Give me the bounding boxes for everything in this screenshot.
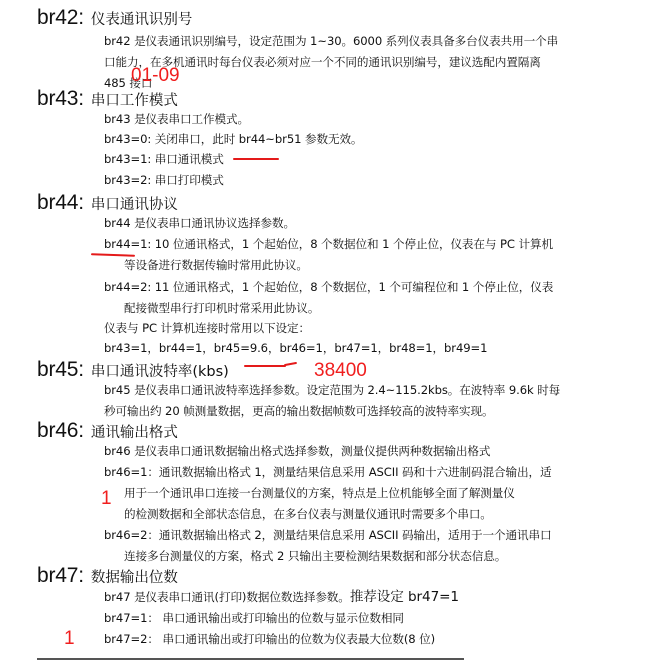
paragraph-line: br42 是仪表通讯识别编号，设定范围为 1~30。6000 系列仪表具备多台仪… — [104, 34, 558, 48]
section-heading-br47: br47: 数据输出位数 — [37, 565, 178, 589]
paragraph-line: br43=1: 串口通讯模式 — [104, 152, 224, 166]
param-code: br44: — [37, 192, 84, 214]
section-heading-br42: br42: 仪表通讯识别号 — [37, 7, 192, 31]
param-code: br43: — [37, 88, 84, 110]
paragraph-line: 秒可输出约 20 帧测量数据，更高的输出数据帧数可选择较高的波特率实现。 — [104, 404, 494, 418]
paragraph-line: br44 是仪表串口通讯协议选择参数。 — [104, 216, 295, 230]
paragraph-line: br43=2: 串口打印模式 — [104, 173, 224, 187]
section-heading-br45: br45: 串口通讯波特率(kbs) — [37, 359, 229, 383]
section-heading-br46: br46: 通讯输出格式 — [37, 420, 178, 444]
paragraph-line: br46 是仪表串口通讯数据输出格式选择参数，测量仪提供两种数据输出格式 — [104, 444, 490, 458]
page-footer-rule — [37, 658, 464, 660]
paragraph-line: 配接微型串行打印机时常采用此协议。 — [124, 301, 319, 315]
paragraph-line: br44=2: 11 位通讯格式，1 个起始位，8 个数据位，1 个可编程位和 … — [104, 280, 553, 294]
recommendation-text: 推荐设定 br47=1 — [350, 589, 459, 605]
paragraph-line: br47=2： 串口通讯输出或打印输出的位数为仪表最大位数(8 位) — [104, 632, 435, 646]
paragraph-line: br46=2：通讯数据输出格式 2，测量结果信息采用 ASCII 码输出，适用于… — [104, 528, 551, 542]
paragraph-line: 用于一个通讯串口连接一台测量仪的方案，特点是上位机能够全面了解测量仪 — [124, 486, 515, 500]
paragraph-line: br43 是仪表串口工作模式。 — [104, 112, 249, 126]
handwritten-annotation-br46: 1 — [101, 488, 112, 510]
section-heading-br43: br43: 串口工作模式 — [37, 88, 178, 112]
paragraph-line: 等设备进行数据传输时常用此协议。 — [124, 258, 308, 272]
red-underline-mark — [244, 365, 286, 367]
red-underline-mark — [233, 158, 279, 160]
red-underline-mark — [284, 362, 297, 366]
paragraph-line: br47 是仪表串口通讯(打印)数据位数选择参数。推荐设定 br47=1 — [104, 590, 459, 604]
param-code: br42: — [37, 7, 84, 29]
paragraph-line: br47=1： 串口通讯输出或打印输出的位数与显示位数相同 — [104, 611, 404, 625]
param-code: br47: — [37, 565, 84, 587]
paragraph-line: 的检测数据和全部状态信息，在多台仪表与测量仪通讯时需要多个串口。 — [124, 507, 492, 521]
paragraph-line: br43=0: 关闭串口，此时 br44~br51 参数无效。 — [104, 132, 362, 146]
paragraph-line: br44=1: 10 位通讯格式，1 个起始位，8 个数据位和 1 个停止位，仪… — [104, 237, 553, 251]
paragraph-line: br43=1，br44=1，br45=9.6，br46=1，br47=1，br4… — [104, 341, 487, 355]
param-code: br45: — [37, 359, 84, 381]
param-title: 通讯输出格式 — [91, 422, 178, 444]
paragraph-text: br47 是仪表串口通讯(打印)数据位数选择参数。 — [104, 590, 350, 604]
param-title: 仪表通讯识别号 — [91, 9, 193, 31]
param-title: 串口工作模式 — [91, 90, 178, 112]
param-code: br46: — [37, 420, 84, 442]
param-title: 串口通讯波特率(kbs) — [91, 361, 229, 383]
param-title: 串口通讯协议 — [91, 194, 178, 216]
handwritten-annotation-br47: 1 — [64, 628, 75, 650]
paragraph-line: br45 是仪表串口通讯波特率选择参数。设定范围为 2.4~115.2kbs。在… — [104, 383, 560, 397]
handwritten-annotation-br45: 38400 — [314, 360, 367, 382]
paragraph-line: br46=1：通讯数据输出格式 1，测量结果信息采用 ASCII 码和十六进制码… — [104, 465, 551, 479]
paragraph-line: 仪表与 PC 计算机连接时常用以下设定： — [104, 321, 310, 335]
paragraph-line: 连接多台测量仪的方案，格式 2 只输出主要检测结果数据和部分状态信息。 — [124, 549, 506, 563]
red-underline-mark — [91, 253, 135, 257]
handwritten-annotation-br42: 01-09 — [131, 65, 180, 87]
param-title: 数据输出位数 — [91, 567, 178, 589]
section-heading-br44: br44: 串口通讯协议 — [37, 192, 178, 216]
